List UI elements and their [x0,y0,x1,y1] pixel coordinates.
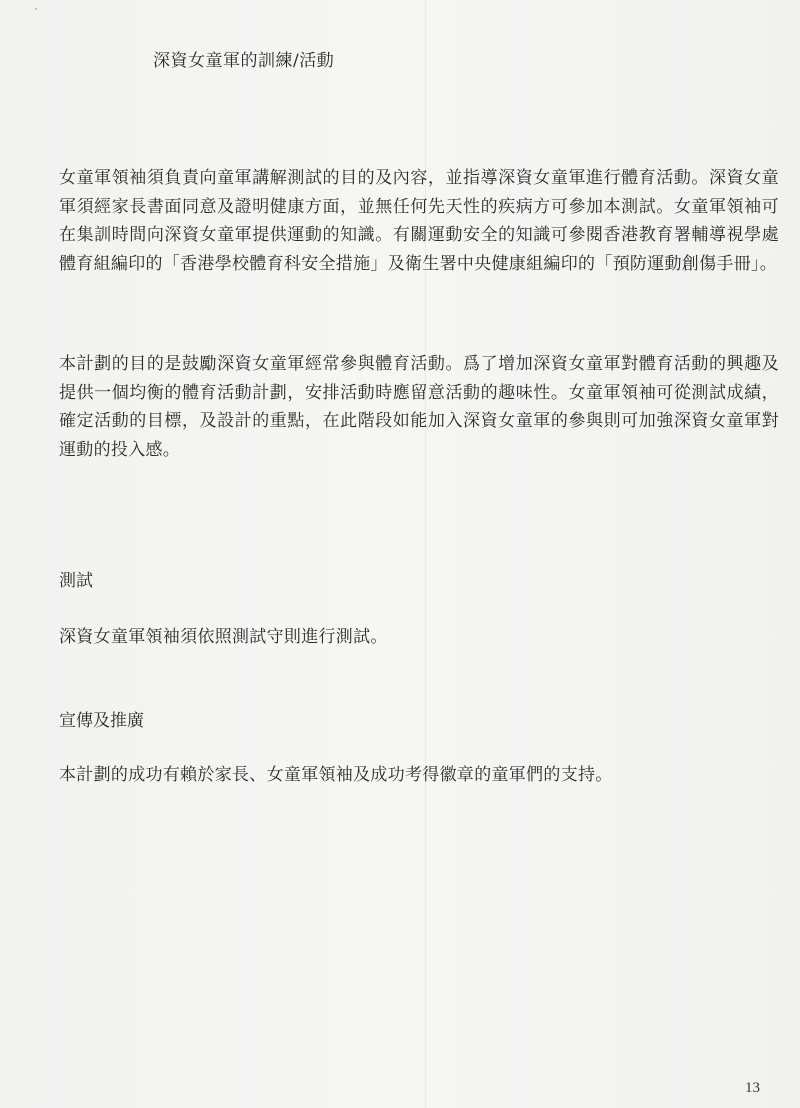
scan-speck [35,8,37,10]
section-heading-promotion: 宣傳及推廣 [59,706,144,731]
document-page: 深資女童軍的訓練/活動 女童軍領袖須負責向童軍講解測試的目的及內容，並指導深資女… [0,0,800,1108]
paragraph-program-purpose: 本計劃的目的是鼓勵深資女童軍經常參與體育活動。爲了增加深資女童軍對體育活動的興趣… [59,350,779,464]
section-text-test: 深資女童軍領袖須依照測試守則進行測試。 [59,622,388,647]
paragraph-leader-responsibilities: 女童軍領袖須負責向童軍講解測試的目的及內容，並指導深資女童軍進行體育活動。深資女… [59,164,779,278]
section-text-promotion: 本計劃的成功有賴於家長、女童軍領袖及成功考得徽章的童軍們的支持。 [59,760,613,785]
section-heading-test: 測試 [59,566,93,591]
page-number: 13 [745,1080,760,1097]
page-title: 深資女童軍的訓練/活動 [153,46,334,71]
